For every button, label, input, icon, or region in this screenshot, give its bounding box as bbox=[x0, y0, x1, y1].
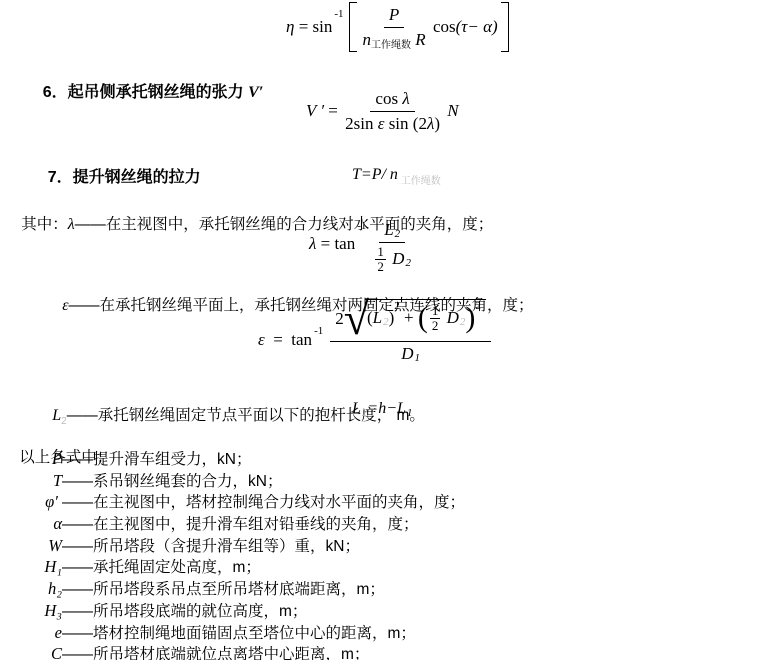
inverse-exponent: -1 bbox=[334, 8, 343, 20]
fraction: L212 D2 bbox=[373, 214, 411, 273]
formula-epsilon: ε = tan-12√(L2)2 + (12 D2)2D1 bbox=[258, 299, 494, 380]
symbol-description: ——提升滑车组受力，kN； bbox=[62, 447, 251, 469]
one-half-fraction: 12 bbox=[375, 245, 386, 273]
v-prime-symbol: V′ bbox=[248, 84, 263, 101]
symbol: W bbox=[0, 536, 62, 556]
fraction: Pn工作绳数 R bbox=[363, 5, 426, 50]
symbol: T bbox=[0, 471, 62, 491]
v-prime: V ′ bbox=[306, 101, 324, 121]
document-page: η = sin-1Pn工作绳数 R cos(τ− α) 6．起吊侧承托钢丝绳的张… bbox=[0, 0, 776, 660]
numerator: 2√(L2)2 + (12 D2)2 bbox=[330, 299, 491, 342]
symbol-description: ——系吊钢丝绳套的合力，kN； bbox=[62, 469, 282, 491]
denominator: 12 D2 bbox=[373, 243, 411, 273]
fraction: cos λ2sin ε sin (2λ) bbox=[345, 87, 440, 134]
right-bracket bbox=[501, 2, 509, 52]
symbol-description: ——所吊塔段系吊点至所吊塔材底端距离，m； bbox=[62, 577, 385, 599]
formula-l2: L2=h−L1 bbox=[352, 400, 412, 418]
symbol-description: ——塔材控制绳地面锚固点至塔位中心的距离，m； bbox=[62, 621, 416, 643]
symbol: α bbox=[0, 514, 62, 534]
work-ropes-subscript: 工作绳数 bbox=[398, 172, 441, 187]
definition-row: C——所吊塔材底端就位点离塔中心距离，m； bbox=[0, 642, 465, 660]
cos-function: cos bbox=[429, 17, 456, 37]
symbol-description: ——承托绳固定处高度，m； bbox=[62, 555, 261, 577]
symbol-description: ——在主视图中，提升滑车组对铅垂线的夹角，度； bbox=[62, 512, 419, 534]
symbol-description: ——所吊塔材底端就位点离塔中心距离，m； bbox=[62, 642, 369, 660]
l2-symbol: L bbox=[52, 407, 61, 424]
fraction: 2√(L2)2 + (12 D2)2D1 bbox=[330, 299, 491, 380]
sin-function: = sin bbox=[294, 17, 332, 37]
definition-row: h₂——所吊塔段系吊点至所吊塔材底端距离，m； bbox=[0, 577, 465, 599]
definition-row: W——所吊塔段（含提升滑车组等）重，kN； bbox=[0, 534, 465, 556]
coefficient-2: 2 bbox=[335, 309, 344, 329]
formula-lambda: λ = tan-1L212 D2 bbox=[309, 214, 414, 273]
symbol: h₂ bbox=[0, 579, 62, 599]
tall-paren-left: ( bbox=[418, 303, 428, 333]
denominator: D1 bbox=[401, 342, 420, 380]
symbol-description: ——所吊塔段（含提升滑车组等）重，kN； bbox=[62, 534, 360, 556]
formula-t: T=P/ n 工作绳数 bbox=[352, 166, 441, 184]
formula-eta: η = sin-1Pn工作绳数 R cos(τ− α) bbox=[286, 2, 510, 52]
eta-symbol: η bbox=[286, 17, 294, 37]
n-symbol: N bbox=[443, 101, 459, 121]
formula-v-prime: V ′ = cos λ2sin ε sin (2λ) N bbox=[306, 87, 459, 134]
definition-row: e——塔材控制绳地面锚固点至塔位中心的距离，m； bbox=[0, 621, 465, 643]
definitions-list: P——提升滑车组受力，kN； T——系吊钢丝绳套的合力，kN； φ′ ——在主视… bbox=[0, 447, 465, 660]
definition-row: φ′ ——在主视图中，塔材控制绳合力线对水平面的夹角，度； bbox=[0, 490, 465, 512]
tall-paren-right: ) bbox=[465, 303, 475, 333]
angle-terms: (τ− α) bbox=[456, 17, 498, 37]
definition-row: P——提升滑车组受力，kN； bbox=[0, 447, 465, 469]
numerator: cos λ bbox=[370, 87, 414, 112]
symbol: H₃ bbox=[0, 601, 62, 621]
symbol-description: ——所吊塔段底端的就位高度，m； bbox=[62, 599, 307, 621]
denominator: 2sin ε sin (2λ) bbox=[345, 112, 440, 134]
symbol: H₁ bbox=[0, 557, 62, 577]
work-ropes-subscript: 工作绳数 bbox=[371, 36, 411, 51]
numerator-P: P bbox=[384, 5, 404, 28]
symbol: P bbox=[0, 449, 62, 469]
square-root: √(L2)2 + (12 D2)2 bbox=[344, 299, 486, 339]
one-half-fraction: 12 bbox=[430, 304, 441, 332]
definition-row: H₁——承托绳固定处高度，m； bbox=[0, 555, 465, 577]
denominator: n工作绳数 R bbox=[363, 28, 426, 50]
symbol: φ′ bbox=[0, 492, 62, 512]
left-bracket bbox=[349, 2, 357, 52]
definition-row: H₃——所吊塔段底端的就位高度，m； bbox=[0, 599, 465, 621]
lambda-symbol: λ bbox=[68, 216, 75, 233]
radicand: (L2)2 + (12 D2)2 bbox=[365, 299, 486, 333]
definition-row: T——系吊钢丝绳套的合力，kN； bbox=[0, 469, 465, 491]
line-lambda-definition: 其中：λ——在主视图中，承托钢丝绳的合力线对水平面的夹角，度； bbox=[4, 194, 493, 252]
inverse-exponent: -1 bbox=[314, 325, 323, 337]
numerator: L2 bbox=[379, 214, 405, 243]
definition-row: α——在主视图中，提升滑车组对铅垂线的夹角，度； bbox=[0, 512, 465, 534]
symbol-description: ——在主视图中，塔材控制绳合力线对水平面的夹角，度； bbox=[62, 490, 465, 512]
symbol: C bbox=[0, 644, 62, 660]
symbol: e bbox=[0, 623, 62, 643]
heading-6: 6．起吊侧承托钢丝绳的张力 V′ bbox=[25, 61, 263, 120]
inverse-exponent: -1 bbox=[357, 220, 366, 232]
